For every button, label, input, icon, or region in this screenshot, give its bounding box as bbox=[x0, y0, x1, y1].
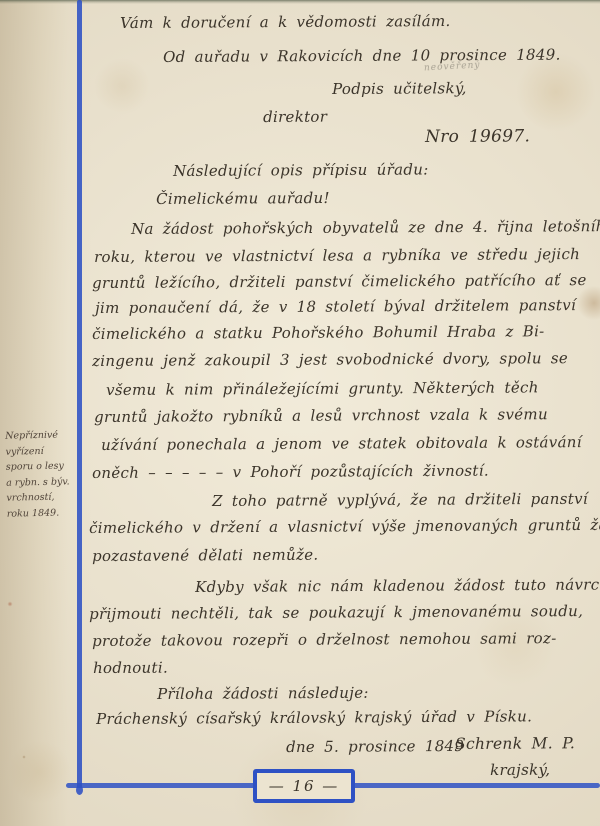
manuscript-line: Od auřadu v Rakovicích dne 10 prosince 1… bbox=[163, 48, 561, 65]
manuscript-line: jim ponaučení dá, že v 18 století býval … bbox=[95, 298, 576, 316]
margin-note-line: sporu o lesy bbox=[6, 458, 74, 475]
manuscript-line: pozastavené dělati nemůže. bbox=[92, 548, 318, 564]
manuscript-line: hodnouti. bbox=[93, 661, 168, 676]
manuscript-line: užívání ponechala a jenom ve statek obit… bbox=[101, 435, 582, 453]
margin-note-line: vrchností, bbox=[6, 489, 74, 506]
margin-note-line: vyřízení bbox=[5, 443, 73, 460]
manuscript-line: zingenu jenž zakoupil 3 jest svobodnické… bbox=[92, 351, 568, 369]
manuscript-line: dne 5. prosince 1849 bbox=[286, 739, 464, 755]
manuscript-line: Kdyby však nic nám kladenou žádost tuto … bbox=[195, 577, 600, 595]
manuscript-line: protože takovou rozepři o drželnost nemo… bbox=[92, 631, 557, 649]
manuscript-line: čimelického v držení a vlasnictví výše j… bbox=[89, 518, 600, 536]
manuscript-line: Na žádost pohořských obyvatelů ze dne 4.… bbox=[131, 219, 600, 237]
manuscript-page: — 16 — Nepříznivé vyřízení sporu o lesy … bbox=[0, 0, 600, 826]
manuscript-line: oněch – – – – – v Pohoří pozůstajících ž… bbox=[92, 464, 489, 481]
manuscript-line: gruntů jakožto rybníků a lesů vrchnost v… bbox=[94, 407, 548, 425]
signature: Schrenk M. P. bbox=[455, 736, 575, 752]
margin-note-line: Nepříznivé bbox=[5, 427, 73, 444]
margin-note: Nepříznivé vyřízení sporu o lesy a rybn.… bbox=[5, 427, 75, 521]
manuscript-line: Nro 19697. bbox=[425, 128, 530, 146]
page-number: — 16 — bbox=[269, 777, 340, 795]
manuscript-line: roku, kterou ve vlastnictví lesa a rybní… bbox=[94, 247, 580, 265]
manuscript-line: všemu k nim přináležejícími grunty. Někt… bbox=[106, 380, 539, 398]
manuscript-line: Vám k doručení a k vědomosti zasílám. bbox=[120, 14, 451, 31]
page-number-box: — 16 — bbox=[253, 769, 355, 803]
manuscript-line: direktor bbox=[263, 110, 327, 125]
manuscript-line: Následující opis přípisu úřadu: bbox=[173, 162, 429, 179]
manuscript-line: Příloha žádosti následuje: bbox=[157, 686, 369, 702]
margin-note-line: a rybn. s býv. bbox=[6, 474, 74, 491]
margin-note-line: roku 1849. bbox=[7, 505, 75, 522]
manuscript-line: gruntů ležícího, držiteli panství čimeli… bbox=[92, 273, 587, 291]
signature-title: krajský, bbox=[490, 763, 550, 778]
margin-rule-vertical bbox=[77, 0, 82, 788]
manuscript-line: Z toho patrně vyplývá, že na držiteli pa… bbox=[212, 492, 588, 509]
manuscript-line: Čimelickému auřadu! bbox=[156, 191, 330, 207]
manuscript-line: Podpis učitelský, bbox=[332, 81, 467, 97]
manuscript-line: čimelického a statku Pohořského Bohumil … bbox=[92, 324, 545, 342]
manuscript-line: přijmouti nechtěli, tak se poukazují k j… bbox=[89, 604, 583, 622]
manuscript-line: Práchenský císařský královský krajský úř… bbox=[96, 709, 532, 727]
